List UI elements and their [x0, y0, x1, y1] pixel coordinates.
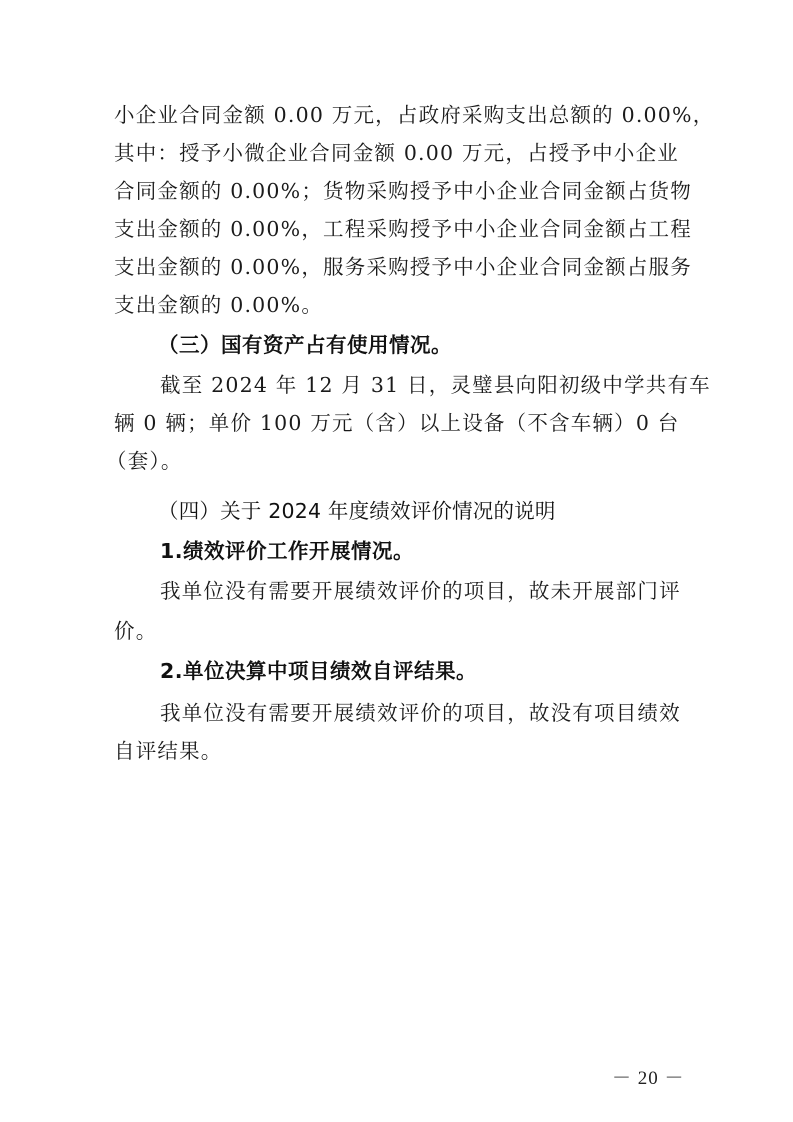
body-text-line: 支出金额的 0.00%，工程采购授予中小企业合同金额占工程 — [114, 216, 684, 242]
body-text-line: 辆 0 辆；单价 100 万元（含）以上设备（不含车辆）0 台 — [114, 410, 684, 436]
body-text-line: 我单位没有需要开展绩效评价的项目，故没有项目绩效 — [160, 700, 684, 726]
body-text-line: 我单位没有需要开展绩效评价的项目，故未开展部门评 — [160, 578, 684, 604]
body-text-line: 其中：授予小微企业合同金额 0.00 万元，占授予中小企业 — [114, 140, 684, 166]
body-text-line: 合同金额的 0.00%；货物采购授予中小企业合同金额占货物 — [114, 178, 684, 204]
section-heading-state-assets: （三）国有资产占有使用情况。 — [158, 332, 682, 358]
body-text-line: 支出金额的 0.00%，服务采购授予中小企业合同金额占服务 — [114, 254, 684, 280]
body-text-line: 价。 — [114, 618, 684, 644]
subheading-self-evaluation-results: 2.单位决算中项目绩效自评结果。 — [160, 658, 684, 684]
document-page: 小企业合同金额 0.00 万元，占政府采购支出总额的 0.00%， 其中：授予小… — [0, 0, 793, 1122]
body-text-line: 小企业合同金额 0.00 万元，占政府采购支出总额的 0.00%， — [114, 102, 684, 128]
body-text-line: 自评结果。 — [114, 738, 684, 764]
body-text-line: 支出金额的 0.00%。 — [114, 292, 684, 318]
subheading-evaluation-work: 1.绩效评价工作开展情况。 — [160, 538, 684, 564]
section-heading-performance-evaluation: （四）关于 2024 年度绩效评价情况的说明 — [158, 498, 682, 524]
body-text-line: 截至 2024 年 12 月 31 日，灵璧县向阳初级中学共有车 — [160, 372, 684, 398]
page-number: － 20 － — [612, 1063, 685, 1090]
body-text-line: （套）。 — [106, 448, 676, 474]
